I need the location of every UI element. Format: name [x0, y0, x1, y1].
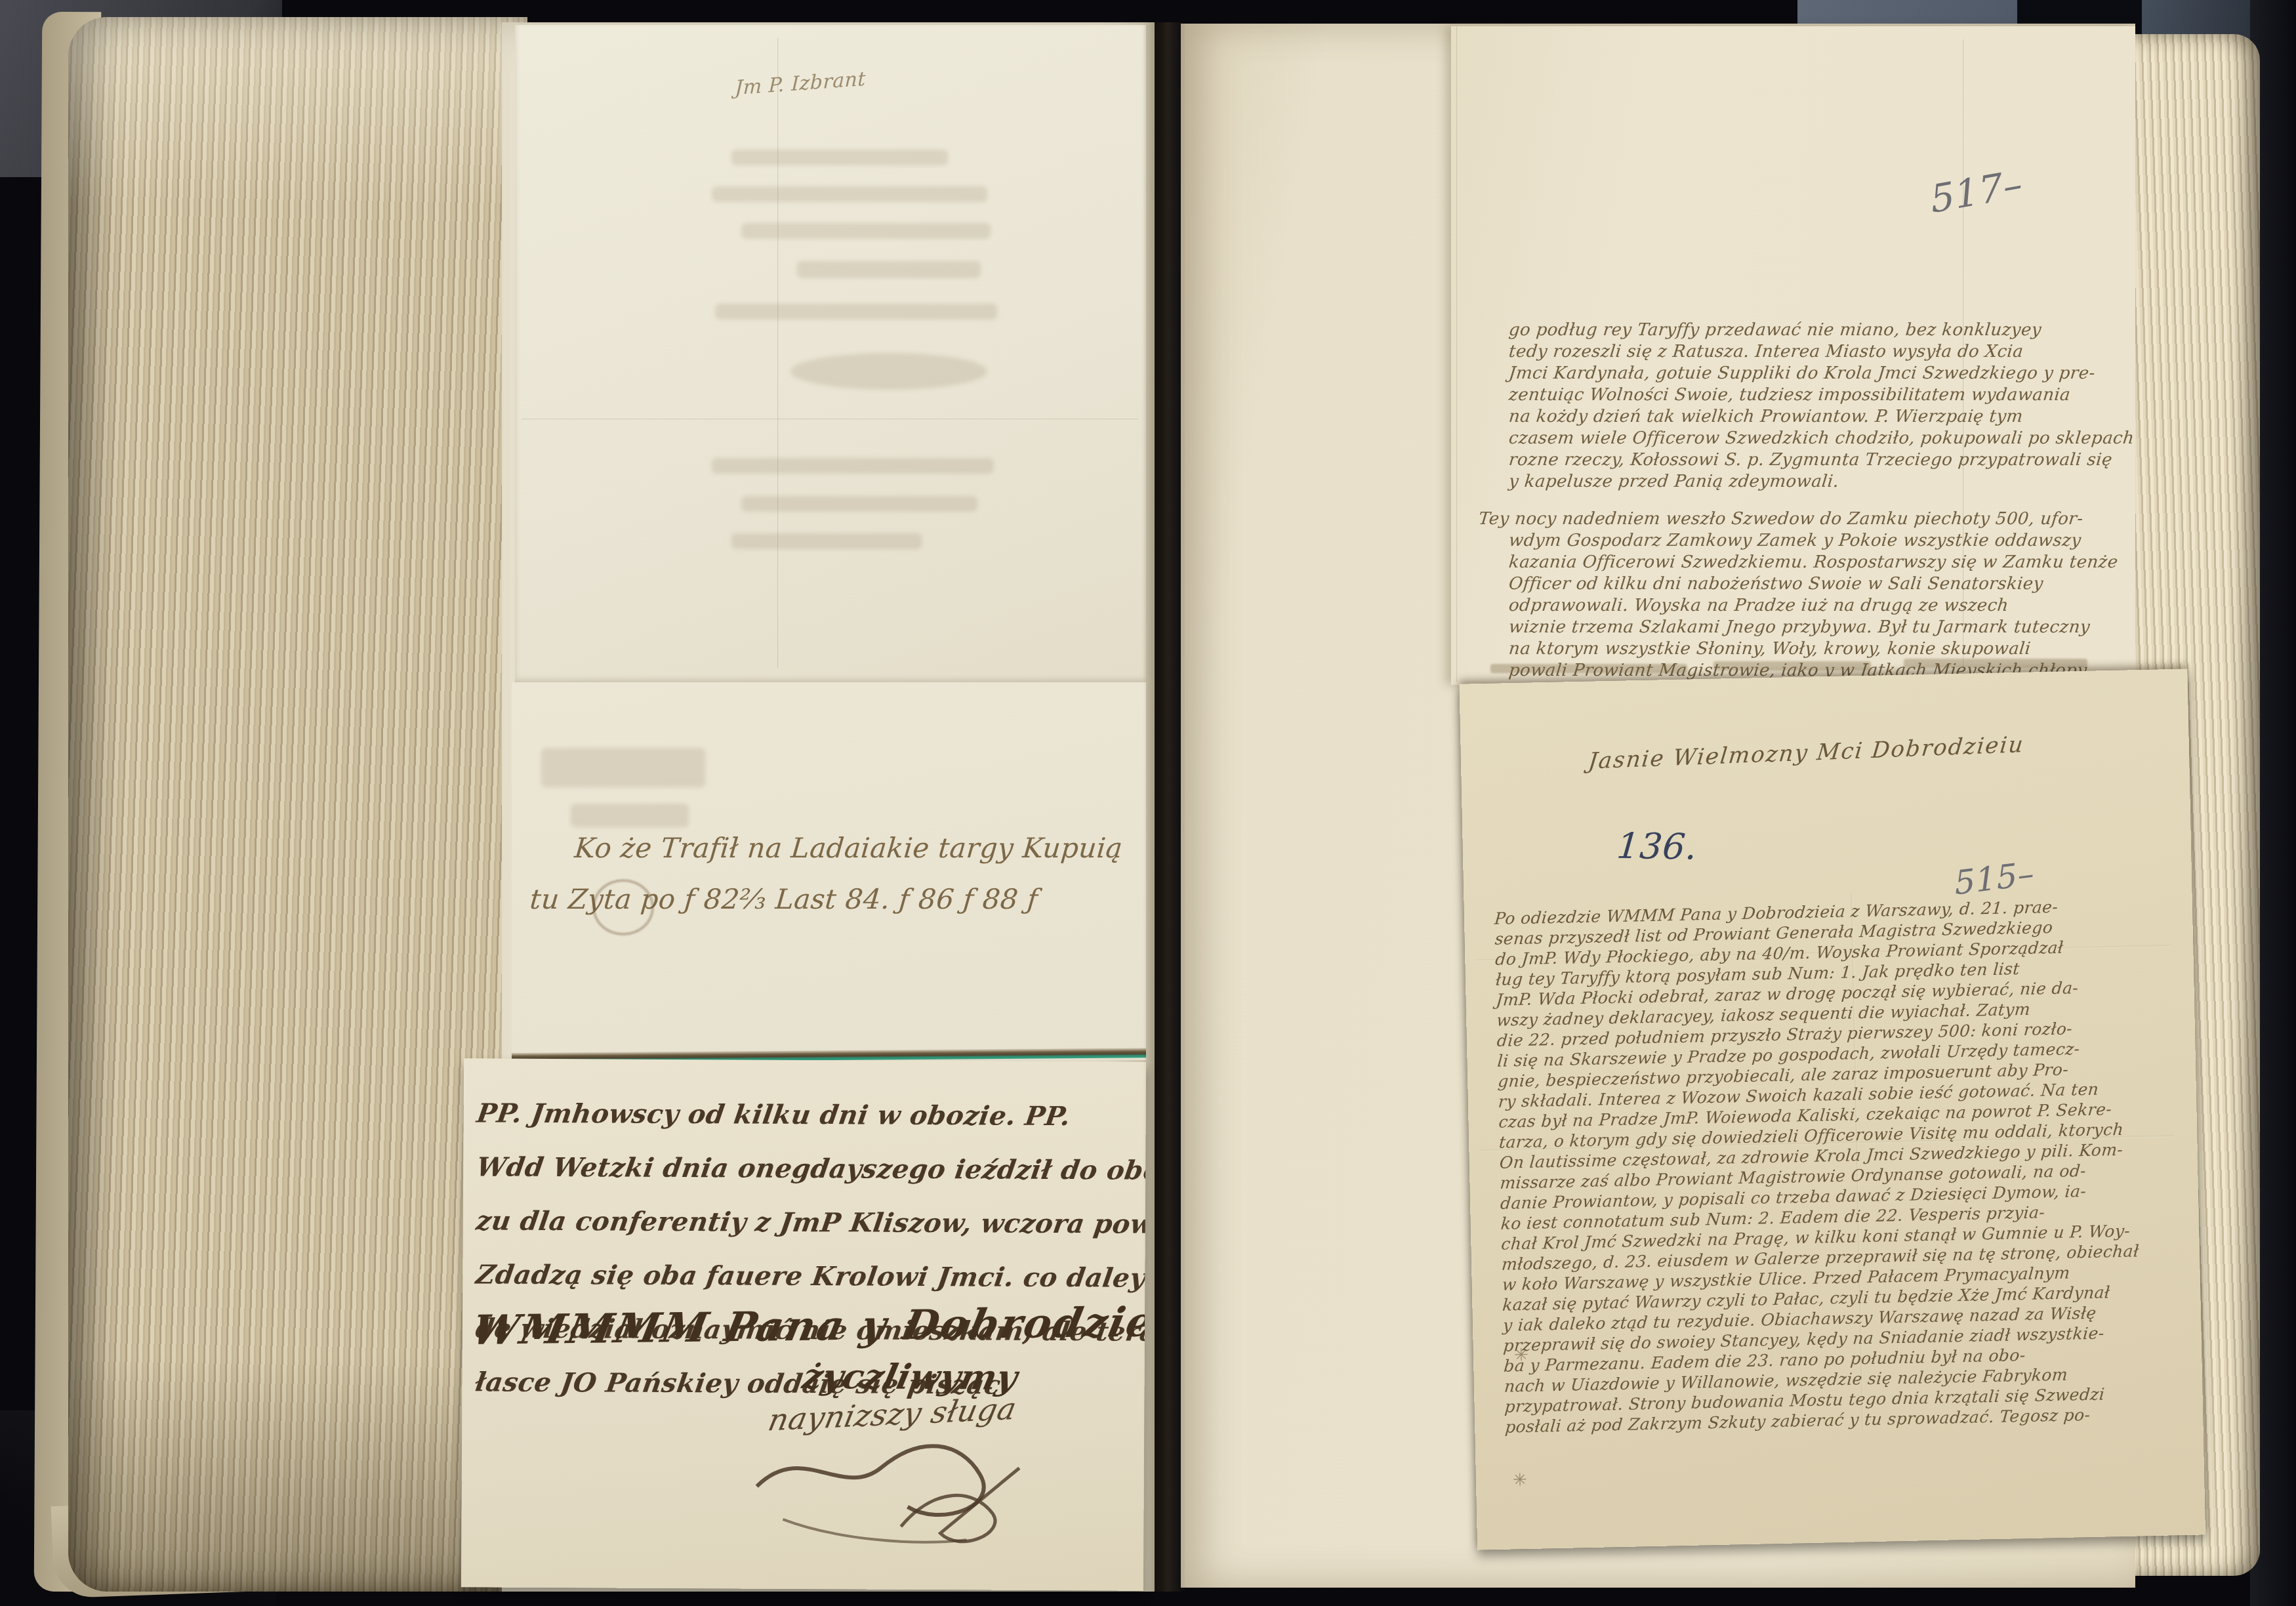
sheet-edge	[1456, 26, 1458, 682]
inserted-letter-515: Jasnie Wielmozny Mci Dobrodzieiu 136. 51…	[1460, 669, 2205, 1550]
text-line: wdym Gospodarz Zamkowy Zamek y Pokoie ws…	[1477, 531, 2125, 552]
bleedthrough-text	[731, 533, 922, 549]
left-sheet-letter: PP. Jmhowscy od kilku dni w obozie. PP.W…	[461, 1058, 1146, 1590]
book-gutter-shadow	[1143, 22, 1185, 1592]
folio-number-pencil: 515–	[1954, 854, 2036, 902]
letter-salutation: WMMMM Pana y Dobrodzieia	[468, 1298, 1146, 1354]
text-line: Jmci Kardynała, gotuie Suppliki do Krola…	[1507, 363, 2126, 385]
text-line: zentuiąc Wolności Swoie, tudziesz imposs…	[1507, 385, 2126, 407]
photograph: Jm P. Izbrant Ko że Trafił na Ladaiakie …	[0, 0, 2296, 1606]
text-line: rozne rzeczy, Kołossowi S. p. Zygmunta T…	[1507, 450, 2126, 472]
diary-sheet: 517– go podług rey Taryffy przedawać nie…	[1451, 26, 2135, 685]
text-line: tedy rozeszli się z Ratusza. Interea Mia…	[1507, 342, 2126, 363]
insert-heading: Jasnie Wielmozny Mci Dobrodzieiu	[1587, 731, 2025, 775]
archival-number-ink: 136.	[1615, 825, 1699, 868]
bleedthrough-text	[741, 496, 977, 512]
diary-paragraph-1: go podług rey Taryffy przedawać nie mian…	[1509, 320, 2125, 493]
margin-mark: ✳	[1513, 1470, 1527, 1490]
text-line: Tey nocy nadedniem weszło Szwedow do Zam…	[1477, 509, 2125, 531]
text-line: kazania Officerowi Szwedzkiemu. Rosposta…	[1477, 552, 2125, 574]
ink-blot	[592, 879, 654, 936]
partially-hidden-line	[1490, 664, 1687, 673]
bleedthrough-text	[715, 304, 997, 319]
note-line: Ko że Trafił na Ladaiakie targy Kupuią	[573, 832, 1124, 864]
left-sheet-middle: Ko że Trafił na Ladaiakie targy Kupuią t…	[512, 682, 1146, 1060]
text-line: Wdd Wetzki dnia onegdayszego ieździł do …	[471, 1151, 1141, 1208]
owner-annotation: Jm P. Izbrant	[735, 68, 867, 100]
left-sheet-top: Jm P. Izbrant	[515, 25, 1146, 682]
text-line: na ktorym wszystkie Słoniny, Woły, krowy…	[1477, 639, 2125, 661]
text-line: zu dla conferentiy z JmP Kliszow, wczora…	[471, 1205, 1141, 1262]
text-line: na kożdy dzień tak wielkich Prowiantow. …	[1507, 407, 2126, 428]
left-page-stack-fore-edge	[68, 17, 527, 1592]
fold-crease	[522, 419, 1138, 421]
fold-crease	[777, 38, 779, 668]
text-line: go podług rey Taryffy przedawać nie mian…	[1507, 320, 2126, 342]
grain-market-note: Ko że Trafił na Ladaiakie targy Kupuią t…	[512, 682, 1146, 1060]
text-line: wiznie trzema Szlakami Jnego przybywa. B…	[1477, 617, 2125, 639]
bleedthrough-text	[712, 458, 994, 474]
folio-number-pencil: 517–	[1929, 161, 2025, 222]
margin-mark: ✳	[1514, 1346, 1528, 1365]
text-line: odprawowali. Woyska na Pradze iuż na dru…	[1477, 596, 2125, 617]
insert-body: Po odiezdzie WMMM Pana y Dobrodzieia z W…	[1494, 895, 2194, 1438]
text-line: czasem wiele Officerow Szwedzkich chodzi…	[1507, 428, 2126, 450]
bleedthrough-flourish	[790, 353, 987, 390]
partially-hidden-line	[1713, 661, 1871, 670]
bleedthrough-text	[712, 186, 987, 202]
bleedthrough-text	[731, 150, 948, 165]
text-line: Officer od kilku dni nabożeństwo Swoie w…	[1477, 574, 2125, 596]
signature-flourish	[743, 1428, 1033, 1567]
text-line: y kapelusze przed Panią zdeymowali.	[1507, 472, 2126, 493]
bleedthrough-text	[741, 223, 991, 239]
partially-hidden-line	[1904, 659, 2087, 668]
bleedthrough-text	[797, 261, 981, 278]
text-line: PP. Jmhowscy od kilku dni w obozie. PP.	[472, 1098, 1142, 1155]
